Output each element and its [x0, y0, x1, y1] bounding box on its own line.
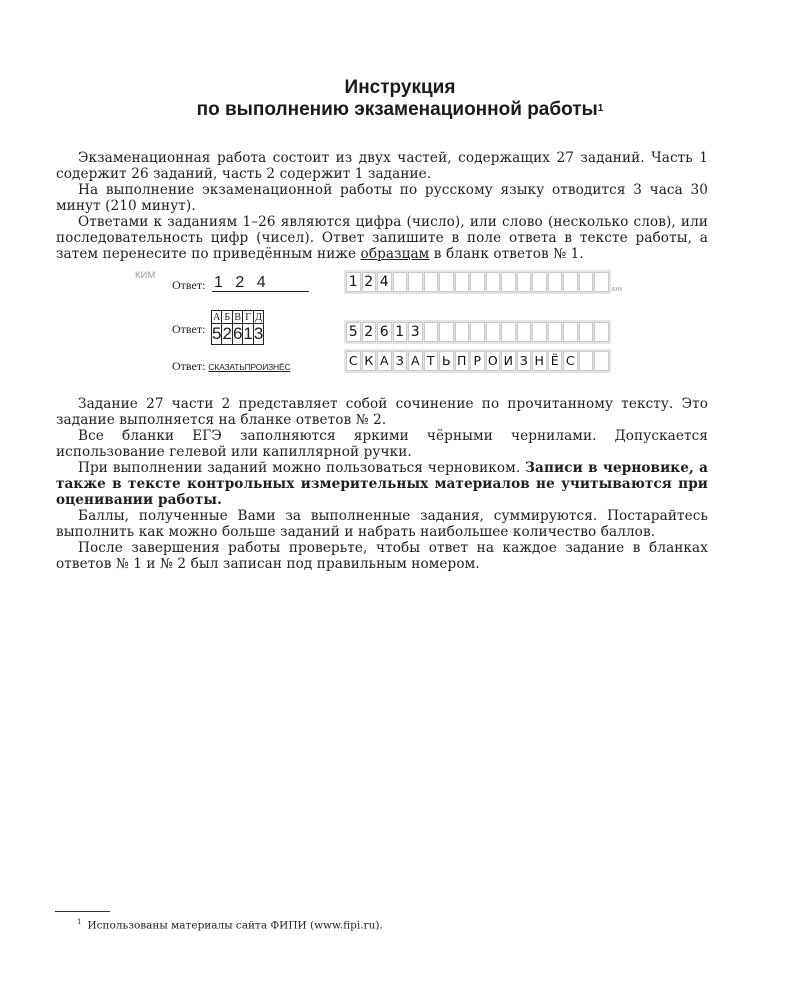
grid-cell: 1 — [393, 322, 408, 342]
page-title: Инструкция по выполнению экзаменационной… — [0, 77, 800, 121]
kim-label: КИМ — [135, 270, 155, 281]
grid-cell — [393, 272, 408, 292]
title-line-1: Инструкция — [0, 77, 800, 99]
table-value-cell: 3 — [253, 324, 263, 345]
table-header-cell: В — [232, 311, 242, 324]
table-value-cell: 1 — [243, 324, 253, 345]
grid-cell — [486, 322, 501, 342]
grid-cell — [594, 272, 609, 292]
grid-cell — [594, 351, 609, 371]
paragraph-answers: Ответами к заданиям 1–26 являются цифра … — [56, 214, 708, 262]
grid-cell: 6 — [377, 322, 392, 342]
grid-cell: П — [455, 351, 470, 371]
grid-cell — [594, 322, 609, 342]
table-value-cell: 2 — [222, 324, 232, 345]
grid-cell — [501, 322, 516, 342]
grid-cell: Р — [470, 351, 485, 371]
grid-cell — [563, 322, 578, 342]
grid-cell — [439, 272, 454, 292]
title-line-2: по выполнению экзаменационной работы1 — [0, 99, 800, 121]
paragraph-essay: Задание 27 части 2 представляет собой со… — [56, 396, 708, 428]
grid-cell — [455, 272, 470, 292]
table-header-cell: Д — [253, 311, 263, 324]
grid-cell: А — [377, 351, 392, 371]
footnote: 1Использованы материалы сайта ФИПИ (www.… — [77, 916, 383, 933]
grid-cell — [579, 322, 594, 342]
grid-cell: К — [362, 351, 377, 371]
grid-cell: З — [393, 351, 408, 371]
grid-cell — [408, 272, 423, 292]
grid-cell — [470, 322, 485, 342]
grid-cell — [548, 322, 563, 342]
grid-cell: С — [563, 351, 578, 371]
grid-cell — [455, 322, 470, 342]
grid-cell: 1 — [346, 272, 361, 292]
grid-cell: О — [486, 351, 501, 371]
grid-cell — [532, 272, 547, 292]
grid-cell — [548, 272, 563, 292]
sample-1-blank-grid: 1 2 4 — [344, 270, 611, 294]
paragraph-draft: При выполнении заданий можно пользоватьс… — [56, 460, 708, 508]
sample-2-kim-table: А Б В Г Д 5 2 6 1 3 — [211, 310, 264, 345]
sample-3-blank-grid: С К А З А Т Ь П Р О И З Н Ё С — [344, 349, 611, 373]
grid-cell — [563, 272, 578, 292]
grid-cell: 3 — [408, 322, 423, 342]
grid-cell — [424, 322, 439, 342]
table-header-cell: А — [212, 311, 222, 324]
samples-link-text: образцам — [361, 246, 430, 262]
paragraph-scores: Баллы, полученные Вами за выполненные за… — [56, 508, 708, 540]
paragraph-ink: Все бланки ЕГЭ заполняются яркими чёрным… — [56, 428, 708, 460]
sample-3-kim-answer: СКАЗАТЬПРОИЗНЁС — [208, 362, 290, 372]
grid-cell: Ё — [548, 351, 563, 371]
grid-cell — [424, 272, 439, 292]
grid-cell: 2 — [362, 322, 377, 342]
footnote-text: Использованы материалы сайта ФИПИ (www.f… — [87, 920, 382, 932]
grid-cell — [486, 272, 501, 292]
sample-1-label: Ответ: — [172, 278, 205, 293]
table-header-cell: Б — [222, 311, 232, 324]
grid-cell — [470, 272, 485, 292]
footnote-mark: 1 — [77, 918, 81, 926]
sample-2-label: Ответ: — [172, 322, 205, 337]
paragraph-structure: Экзаменационная работа состоит из двух ч… — [56, 150, 708, 182]
rules-section: Задание 27 части 2 представляет собой со… — [56, 396, 708, 572]
footnote-reference: 1 — [598, 103, 604, 114]
sample-2-blank-grid: 5 2 6 1 3 — [344, 320, 611, 344]
grid-cell: Н — [532, 351, 547, 371]
grid-cell — [532, 322, 547, 342]
grid-cell: А — [408, 351, 423, 371]
grid-cell: И — [501, 351, 516, 371]
grid-cell: 5 — [346, 322, 361, 342]
grid-cell: 2 — [362, 272, 377, 292]
grid-cell — [579, 272, 594, 292]
grid-cell: Т — [424, 351, 439, 371]
grid-cell — [501, 272, 516, 292]
paragraph-duration: На выполнение экзаменационной работы по … — [56, 182, 708, 214]
table-header-cell: Г — [243, 311, 253, 324]
grid-cell: З — [517, 351, 532, 371]
intro-section: Экзаменационная работа состоит из двух ч… — [56, 150, 708, 262]
grid-cell — [517, 322, 532, 342]
grid-cell: С — [346, 351, 361, 371]
grid-cell — [579, 351, 594, 371]
grid-cell — [439, 322, 454, 342]
grid-cell: Ь — [439, 351, 454, 371]
table-value-cell: 5 — [212, 324, 222, 345]
table-value-cell: 6 — [232, 324, 242, 345]
sample-1-kim-answer: 1 2 4 — [212, 275, 309, 292]
sample-3-label: Ответ:СКАЗАТЬПРОИЗНЁС — [172, 359, 290, 374]
grid-cell — [517, 272, 532, 292]
footnote-divider — [55, 911, 110, 912]
paragraph-check: После завершения работы проверьте, чтобы… — [56, 540, 708, 572]
grid-cell: 4 — [377, 272, 392, 292]
